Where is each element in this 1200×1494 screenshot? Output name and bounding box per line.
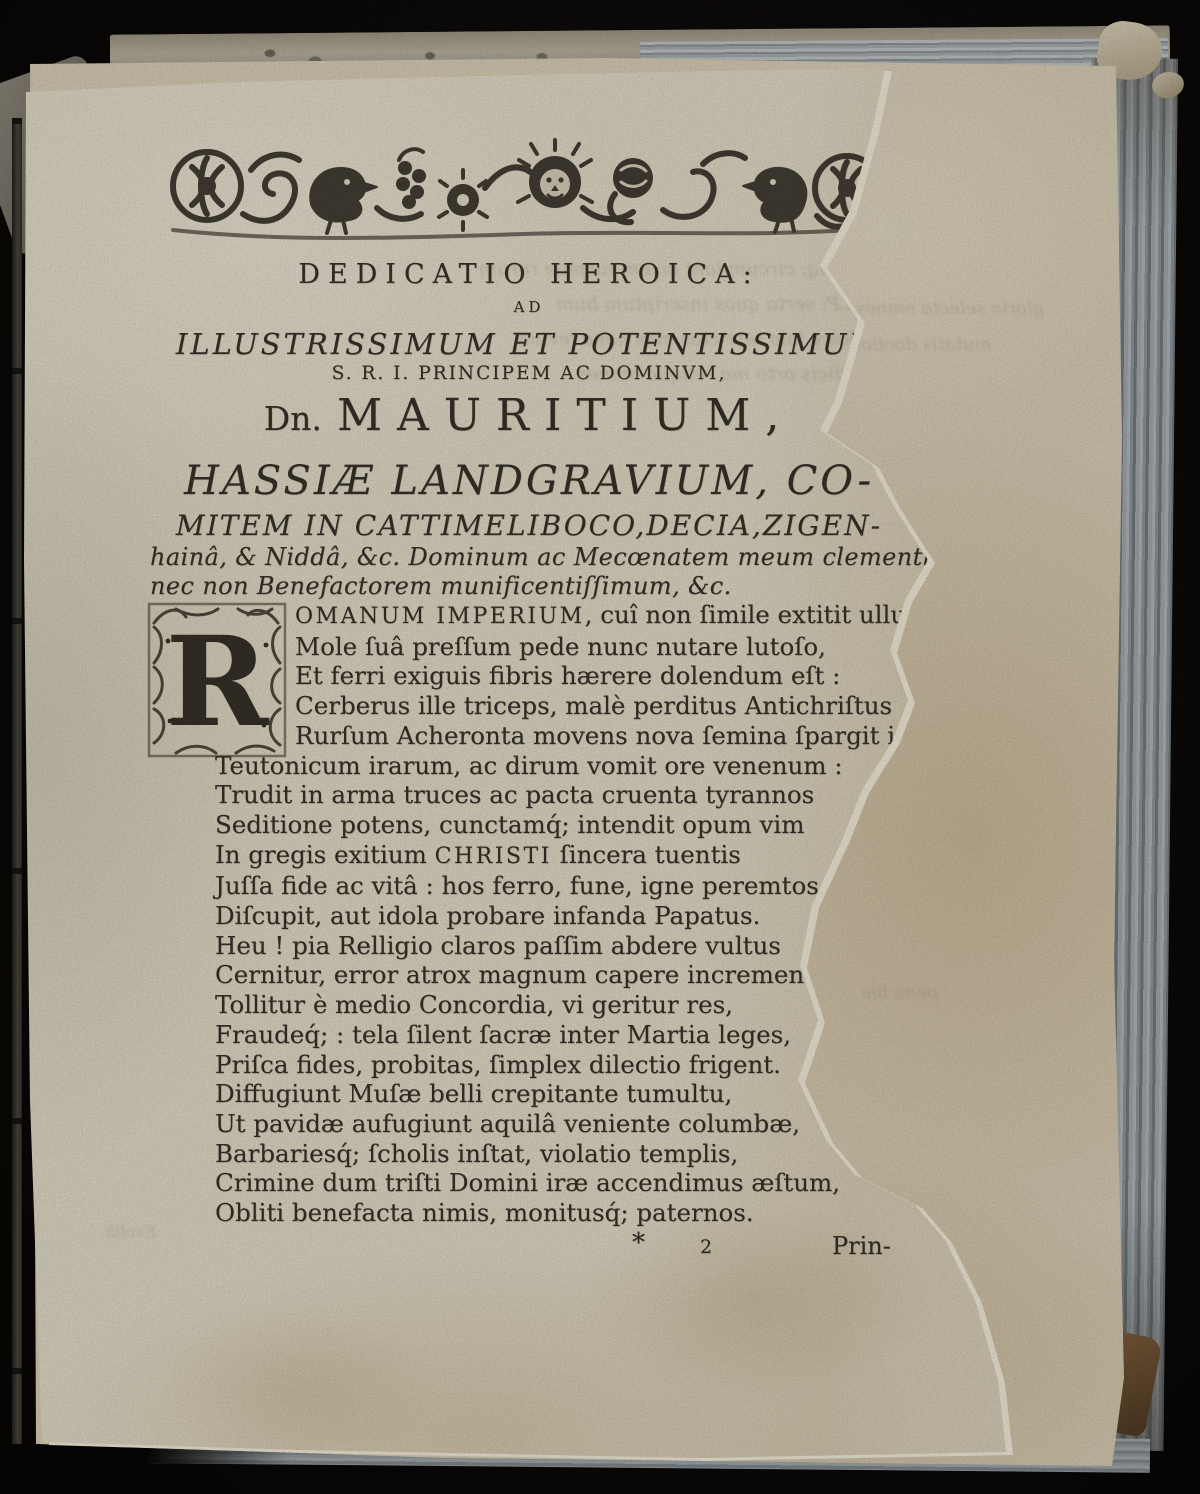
poem-text: Fraudeq́; : tela ſilent ſacræ inter Mart… <box>215 1020 791 1049</box>
showthrough-text: gloria selecta omnes <box>856 298 1044 319</box>
page-footer: * 2 Prin- <box>150 1228 940 1264</box>
poem-text: Rurſum Acheronta movens nova ſemina ſpar… <box>295 721 975 750</box>
poem-text: Teutonicum irarum, ac dirum vomit ore ve… <box>215 751 843 780</box>
poem-line: Et ferri exiguis fibris hærere dolendum … <box>295 661 950 691</box>
heading-dn: Dn. <box>264 399 322 438</box>
heading-dedicatio: DEDICATIO HEROICA: <box>150 260 908 290</box>
heading-mauritium: Dn. MAURITIUM, <box>150 388 908 453</box>
heading-hassiae: HASSIÆ LANDGRAVIUM, CO- <box>150 453 908 509</box>
showthrough-fragment: Exulib. <box>100 1222 157 1241</box>
heading-ad: AD <box>150 296 908 318</box>
signature-mark-star: * <box>632 1228 645 1258</box>
heading-haina: hainâ, & Niddâ, &c. Dominum ac Mecœnatem… <box>150 543 908 572</box>
poem-text: In gregis exitium <box>215 840 435 869</box>
showthrough-text: mutatis doctior <box>852 334 991 355</box>
poem-text: Trudit in arma truces ac pacta cruenta t… <box>215 780 814 809</box>
poem-text: Et ferri exiguis fibris hærere dolendum … <box>295 661 840 690</box>
poem-line: Mole ſuâ preſſum pede nunc nutare lutoſo… <box>295 632 950 662</box>
poem-smallcaps: CHRISTI <box>435 844 552 869</box>
poem-text: Tollitur è medio Concordia, vi geritur r… <box>215 990 733 1019</box>
poem-text: Cernitur, error atrox magnum capere incr… <box>215 960 869 989</box>
poem-line: OMANUM IMPERIUM, cuî non ſimile extitit … <box>295 600 950 632</box>
poem-text: Heu ! pia Relligio claros paſſim abdere … <box>215 931 781 960</box>
poem-text: Diffugiunt Muſæ belli crepitante tumultu… <box>215 1079 732 1108</box>
catchword: Prin- <box>832 1232 891 1260</box>
poem-smallcaps: OMANUM IMPERIUM <box>295 604 585 629</box>
signature-mark-number: 2 <box>700 1236 712 1258</box>
poem-text: Obliti benefacta nimis, monitusq́; pater… <box>215 1198 754 1227</box>
poem-text: Mole ſuâ preſſum pede nunc nutare lutoſo… <box>295 632 826 661</box>
poem-line: Seditione potens, cunctamq́; intendit op… <box>215 810 950 840</box>
binding-seam <box>12 118 22 1444</box>
headpiece-ornament-icon <box>163 130 887 242</box>
dedication-heading: DEDICATIO HEROICA: AD ILLUSTRISSIMUM ET … <box>150 260 908 601</box>
showthrough-text: pena bis <box>862 982 939 1003</box>
poem-text: , cuî non ſimile extitit ullum, <box>585 600 937 629</box>
poem-text: Ut pavidæ aufugiunt aquilâ veniente colu… <box>215 1109 800 1138</box>
poem-text: Barbariesq́; ſcholis inſtat, violatio te… <box>215 1139 738 1168</box>
heading-necnon: nec non Benefactorem munificentiſſimum, … <box>150 572 908 601</box>
poem-line: Crimine dum triſti Domini iræ accendimus… <box>215 1168 950 1198</box>
poem-text: Priſca fides, probitas, ſimplex dilectio… <box>215 1050 781 1079</box>
poem-text: Crimine dum triſti Domini iræ accendimus… <box>215 1168 840 1197</box>
scanned-book-page-photo: gloria selecta omnes mutatis doctior pen… <box>0 0 1200 1494</box>
poem-line: Teutonicum irarum, ac dirum vomit ore ve… <box>215 751 950 781</box>
poem-text: Cerberus ille triceps, malè perditus Ant… <box>295 691 892 720</box>
poem-text: ſincera tuentis <box>552 840 741 869</box>
poem-line: Cerberus ille triceps, malè perditus Ant… <box>295 691 950 721</box>
poem-line: Obliti benefacta nimis, monitusq́; pater… <box>215 1198 950 1228</box>
poem-line: Trudit in arma truces ac pacta cruenta t… <box>215 780 950 810</box>
heading-name: MAURITIUM, <box>337 390 794 441</box>
poem-text: Seditione potens, cunctamq́; intendit op… <box>215 810 804 839</box>
heading-mitem: MITEM IN CATTIMELIBOCO,DECIA,ZIGEN- <box>150 509 908 543</box>
poem-text: Diſcupit, aut idola probare infanda Papa… <box>215 901 760 930</box>
poem-text: Juſſa fide ac vitâ : hos ferro, fune, ig… <box>215 871 819 900</box>
poem-line: Rurſum Acheronta movens nova ſemina ſpar… <box>295 721 950 751</box>
heading-principem: S. R. I. PRINCIPEM AC DOMINVM, <box>150 362 908 386</box>
heading-illustrissimum: ILLUSTRISSIMUM ET POTENTISSIMUM <box>150 326 908 362</box>
